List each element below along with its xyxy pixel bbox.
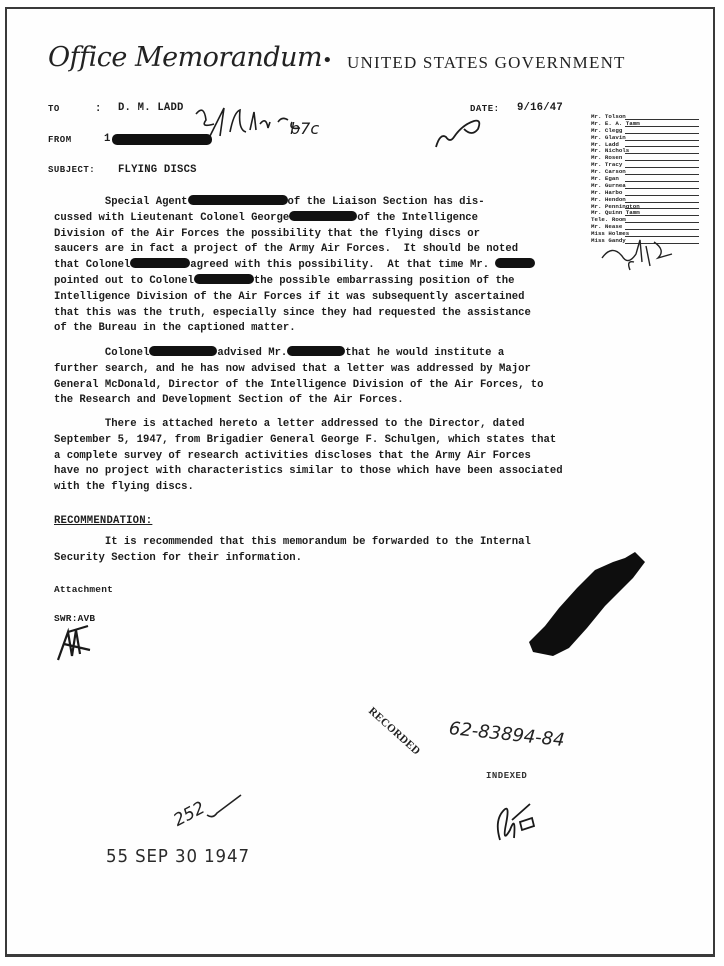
from-value: 1 xyxy=(104,133,111,145)
indexed-stamp: INDEXED xyxy=(486,771,527,781)
text-line: pointed out to Colonelthe possible embar… xyxy=(54,274,535,290)
text-line: Security Section for their information. xyxy=(54,551,531,567)
routing-list: Mr. TolsonMr. E. A. TammMr. CleggMr. Gla… xyxy=(591,114,699,245)
text-line: General McDonald, Director of the Intell… xyxy=(54,378,544,394)
redaction xyxy=(149,346,217,356)
from-label: FROM xyxy=(48,135,72,145)
text-line: Intelligence Division of the Air Forces … xyxy=(54,290,535,306)
svg-text:b7c: b7c xyxy=(290,119,319,138)
routing-signature xyxy=(600,236,680,276)
masthead-separator: • xyxy=(322,50,333,71)
text-line: of the Bureau in the captioned matter. xyxy=(54,321,535,337)
subject-label: SUBJECT: xyxy=(48,165,95,175)
text-line: with the flying discs. xyxy=(54,480,563,496)
text-line: a complete survey of research activities… xyxy=(54,449,563,465)
subject-value: FLYING DISCS xyxy=(118,164,197,176)
paragraph-3: There is attached hereto a letter addres… xyxy=(54,417,563,496)
attachment-label: Attachment xyxy=(54,584,113,595)
received-date-stamp: 55 SEP 30 1947 xyxy=(106,846,250,867)
redaction xyxy=(130,258,190,268)
handwritten-initials xyxy=(432,115,492,155)
redaction xyxy=(188,195,288,205)
text-line: September 5, 1947, from Brigadier Genera… xyxy=(54,433,563,449)
text-line: the Research and Development Section of … xyxy=(54,393,544,409)
text-line: There is attached hereto a letter addres… xyxy=(54,417,563,433)
to-value: D. M. LADD xyxy=(118,102,184,114)
handwritten-signature-bottom xyxy=(490,800,540,850)
paragraph-1: Special Agentof the Liaison Section has … xyxy=(54,195,535,337)
text-line: further search, and he has now advised t… xyxy=(54,362,544,378)
to-label: TO xyxy=(48,104,60,114)
masthead-agency: UNITED STATES GOVERNMENT xyxy=(347,53,626,73)
recommendation-text: It is recommended that this memorandum b… xyxy=(54,535,531,567)
typist-initials: SWR:AVB xyxy=(54,613,95,624)
text-line: cussed with Lieutenant Colonel Georgeof … xyxy=(54,211,535,227)
redaction xyxy=(289,211,357,221)
recommendation-heading: RECOMMENDATION: xyxy=(54,515,152,527)
redaction-blot xyxy=(525,548,650,660)
text-line: Division of the Air Forces the possibili… xyxy=(54,227,535,243)
handwritten-mark-initials xyxy=(54,624,104,664)
text-line: have no project with characteristics sim… xyxy=(54,464,563,480)
text-line: Coloneladvised Mr.that he would institut… xyxy=(54,346,544,362)
text-line: that this was the truth, especially sinc… xyxy=(54,306,535,322)
masthead-title: Office Memorandum xyxy=(48,42,322,73)
redaction xyxy=(194,274,254,284)
text-line: that Colonelagreed with this possibility… xyxy=(54,258,535,274)
check-mark xyxy=(205,793,245,823)
to-colon: : xyxy=(95,103,102,115)
date-label: DATE: xyxy=(470,104,500,114)
text-line: It is recommended that this memorandum b… xyxy=(54,535,531,551)
text-line: Special Agentof the Liaison Section has … xyxy=(54,195,535,211)
redaction xyxy=(287,346,345,356)
text-line: saucers are in fact a project of the Arm… xyxy=(54,242,535,258)
handwritten-b7c-annotation: b7c xyxy=(190,102,340,152)
redaction xyxy=(495,258,535,268)
date-value: 9/16/47 xyxy=(517,102,563,114)
paragraph-2: Coloneladvised Mr.that he would institut… xyxy=(54,346,544,409)
